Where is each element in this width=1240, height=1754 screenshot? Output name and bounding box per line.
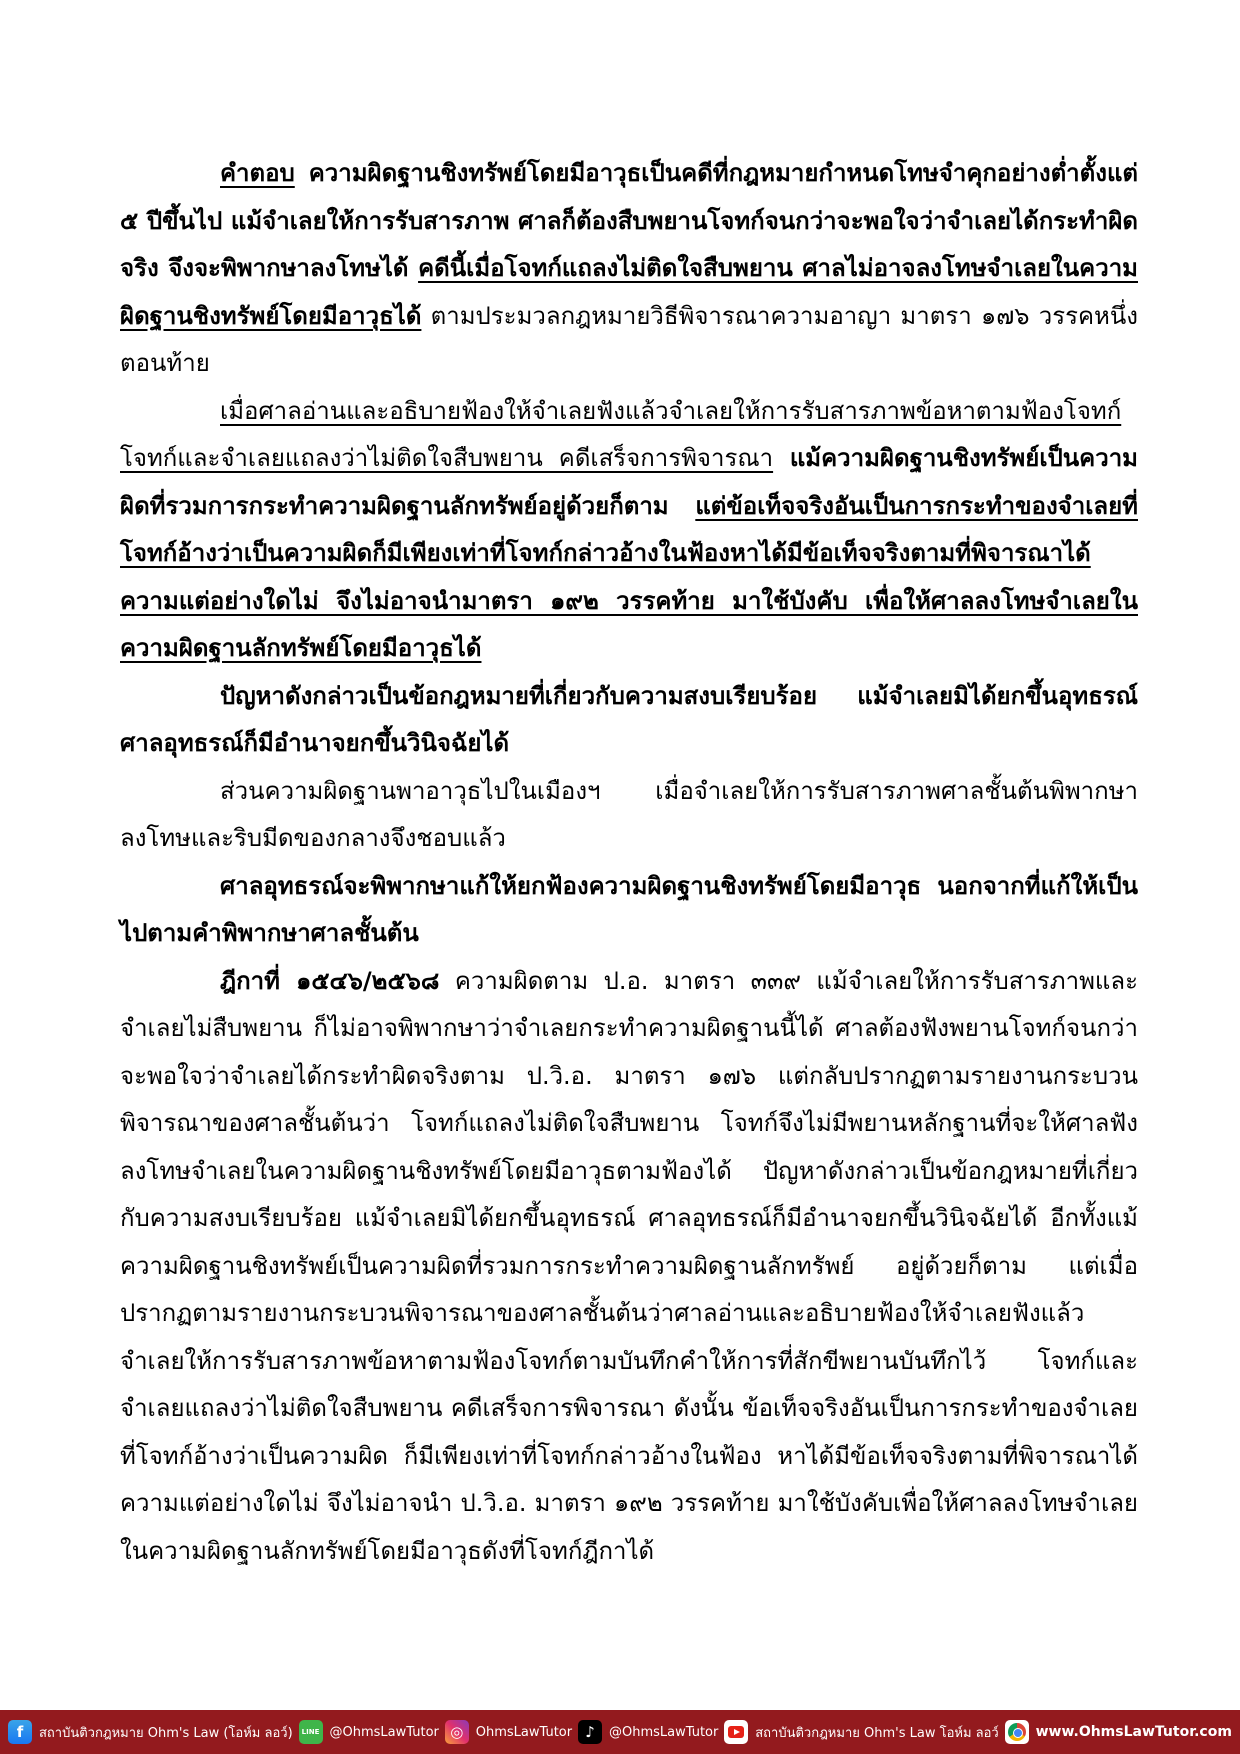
line-icon: LINE — [299, 1720, 323, 1744]
paragraph-answer: คำตอบ ความผิดฐานชิงทรัพย์โดยมีอาวุธเป็นค… — [120, 150, 1138, 388]
facebook-icon: f — [8, 1720, 32, 1744]
instagram-icon: ◎ — [445, 1720, 469, 1744]
ruling-text: ความผิดตาม ป.อ. มาตรา ๓๓๙ แม้จำเลยให้การ… — [120, 967, 1138, 1565]
footer-website-link[interactable]: www.OhmsLawTutor.com — [1005, 1720, 1232, 1744]
facebook-label: สถาบันติวกฎหมาย Ohm's Law (โอห์ม ลอว์) — [39, 1722, 293, 1743]
footer-tiktok-link[interactable]: ♪ @OhmsLawTutor — [578, 1720, 718, 1744]
website-label: www.OhmsLawTutor.com — [1036, 1724, 1232, 1740]
youtube-icon — [724, 1720, 748, 1744]
instagram-label: OhmsLawTutor — [476, 1725, 572, 1740]
paragraph-judgment: ศาลอุทธรณ์จะพิพากษาแก้ให้ยกฟ้องความผิดฐา… — [120, 863, 1138, 958]
footer-bar: f สถาบันติวกฎหมาย Ohm's Law (โอห์ม ลอว์)… — [0, 1710, 1240, 1754]
weapon-offense-text: ส่วนความผิดฐานพาอาวุธไปในเมืองฯ เมื่อจำเ… — [120, 777, 1138, 853]
document-body: คำตอบ ความผิดฐานชิงทรัพย์โดยมีอาวุธเป็นค… — [120, 150, 1138, 1575]
ruling-number: ฎีกาที่ ๑๕๔๖/๒๕๖๘ — [220, 967, 439, 995]
paragraph-reasoning: เมื่อศาลอ่านและอธิบายฟ้องให้จำเลยฟังแล้ว… — [120, 388, 1138, 673]
footer-facebook-link[interactable]: f สถาบันติวกฎหมาย Ohm's Law (โอห์ม ลอว์) — [8, 1720, 293, 1744]
website-icon — [1005, 1720, 1029, 1744]
public-order-text: ปัญหาดังกล่าวเป็นข้อกฎหมายที่เกี่ยวกับคว… — [120, 682, 1138, 758]
footer-youtube-link[interactable]: สถาบันติวกฎหมาย Ohm's Law โอห์ม ลอว์ — [724, 1720, 999, 1744]
paragraph-supreme-court-ruling: ฎีกาที่ ๑๕๔๖/๒๕๖๘ ความผิดตาม ป.อ. มาตรา … — [120, 958, 1138, 1576]
paragraph-public-order: ปัญหาดังกล่าวเป็นข้อกฎหมายที่เกี่ยวกับคว… — [120, 673, 1138, 768]
footer-line-link[interactable]: LINE @OhmsLawTutor — [299, 1720, 439, 1744]
tiktok-icon: ♪ — [578, 1720, 602, 1744]
paragraph-weapon-offense: ส่วนความผิดฐานพาอาวุธไปในเมืองฯ เมื่อจำเ… — [120, 768, 1138, 863]
youtube-label: สถาบันติวกฎหมาย Ohm's Law โอห์ม ลอว์ — [755, 1722, 999, 1743]
judgment-text: ศาลอุทธรณ์จะพิพากษาแก้ให้ยกฟ้องความผิดฐา… — [120, 872, 1138, 948]
footer-instagram-link[interactable]: ◎ OhmsLawTutor — [445, 1720, 572, 1744]
line-label: @OhmsLawTutor — [330, 1725, 439, 1740]
tiktok-label: @OhmsLawTutor — [609, 1725, 718, 1740]
answer-heading: คำตอบ — [220, 159, 295, 187]
